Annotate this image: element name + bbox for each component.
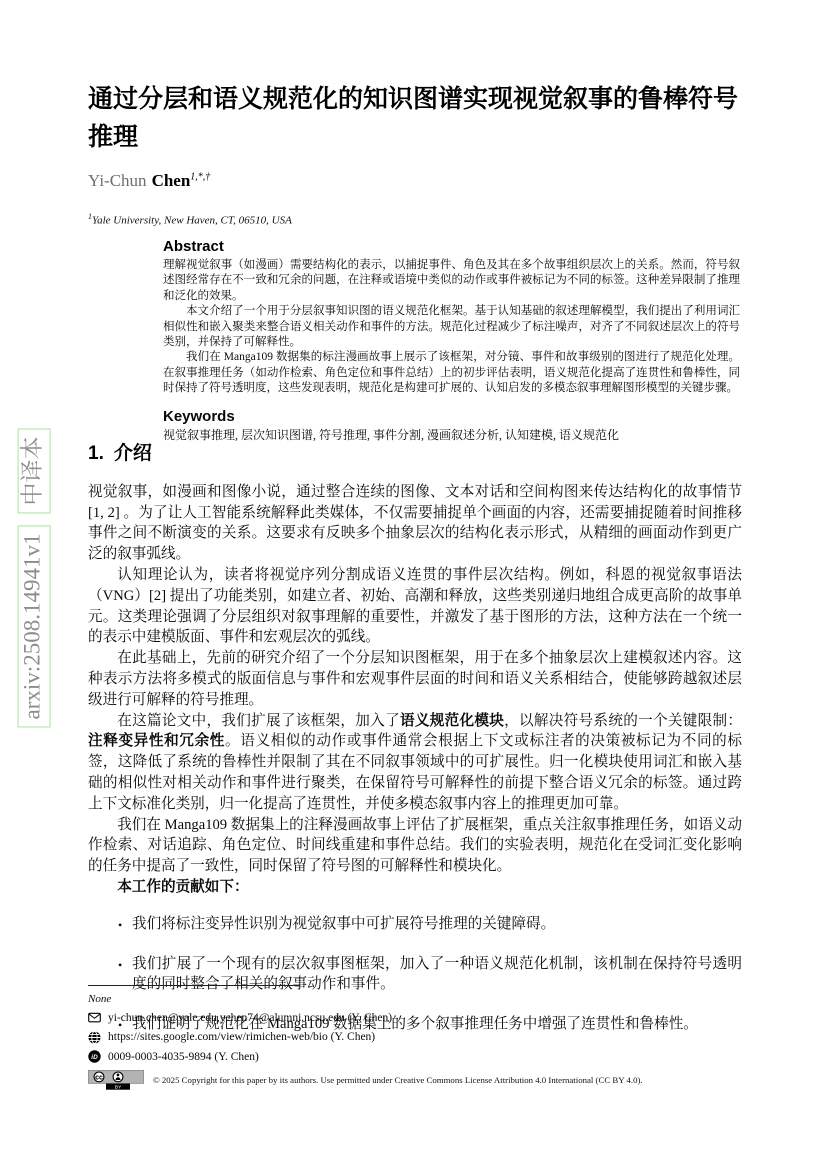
svg-text:iD: iD xyxy=(91,1054,98,1061)
abstract-heading: Abstract xyxy=(163,238,740,255)
arxiv-watermark: arxiv:2508.14941v1 中译本 xyxy=(18,429,51,728)
footnote-block: None yi-chun.chen@yale.edu,ychen74@alumn… xyxy=(88,985,742,1090)
intro-paragraph: 在此基础上，先前的研究介绍了一个分层知识图框架，用于在多个抽象层次上建模叙述内容… xyxy=(88,648,742,710)
website-text: https://sites.google.com/view/rimichen-w… xyxy=(108,1031,375,1043)
keywords-heading: Keywords xyxy=(163,408,740,425)
author-line: Yi-ChunChen1,*,† xyxy=(88,171,742,191)
paper-title: 通过分层和语义规范化的知识图谱实现视觉叙事的鲁棒符号推理 xyxy=(88,80,742,156)
arxiv-id-label: arxiv:2508.14941v1 xyxy=(18,526,51,728)
list-item: 我们将标注变异性识别为视觉叙事中可扩展符号推理的关键障碍。 xyxy=(118,914,742,935)
intro-paragraph: 在这篇论文中，我们扩展了该框架，加入了语义规范化模块，以解决符号系统的一个关键限… xyxy=(88,711,742,815)
contributions-label: 本工作的贡献如下： xyxy=(88,877,742,898)
svg-text:cc: cc xyxy=(95,1074,103,1081)
envelope-icon xyxy=(88,1011,101,1024)
intro-paragraph: 认知理论认为，读者将视觉序列分割成语义连贯的事件层次结构。例如，科恩的视觉叙事语… xyxy=(88,565,742,648)
orcid-icon: iD xyxy=(88,1050,101,1063)
license-row: cc BY © 2025 Copyright for this paper by… xyxy=(88,1070,742,1090)
section-heading: 1.介绍 xyxy=(88,444,742,465)
email-line[interactable]: yi-chun.chen@yale.edu,ychen74@alumni.ncs… xyxy=(88,1011,742,1024)
abstract-paragraph: 我们在 Manga109 数据集的标注漫画故事上展示了该框架，对分镜、事件和故事… xyxy=(163,350,740,396)
abstract-paragraph: 本文介绍了一个用于分层叙事知识图的语义规范化框架。基于认知基础的叙述理解模型，我… xyxy=(163,304,740,350)
section-title: 介绍 xyxy=(114,443,152,464)
affiliation-text: Yale University, New Haven, CT, 06510, U… xyxy=(92,215,292,227)
intro-paragraph: 视觉叙事，如漫画和图像小说，通过整合连续的图像、文本对话和空间构图来传达结构化的… xyxy=(88,482,742,565)
orcid-line[interactable]: iD 0009-0003-4035-9894 (Y. Chen) xyxy=(88,1050,742,1063)
svg-text:BY: BY xyxy=(115,1084,122,1090)
paper-page: arxiv:2508.14941v1 中译本 通过分层和语义规范化的知识图谱实现… xyxy=(0,0,826,1169)
paper-header: 通过分层和语义规范化的知识图谱实现视觉叙事的鲁棒符号推理 Yi-ChunChen… xyxy=(88,80,742,227)
keywords-text: 视觉叙事推理, 层次知识图谱, 符号推理, 事件分割, 漫画叙述分析, 认知建模… xyxy=(163,428,740,443)
introduction-section: 1.介绍 视觉叙事，如漫画和图像小说，通过整合连续的图像、文本对话和空间构图来传… xyxy=(88,444,742,1054)
author-affiliation-marks: 1,*,† xyxy=(190,171,210,182)
footnote-rule xyxy=(88,985,300,986)
abstract-paragraph: 理解视觉叙事（如漫画）需要结构化的表示，以捕捉事件、角色及其在多个故事组织层次上… xyxy=(163,258,740,304)
email-text: yi-chun.chen@yale.edu,ychen74@alumni.ncs… xyxy=(108,1012,392,1024)
affiliation: 1Yale University, New Haven, CT, 06510, … xyxy=(88,212,742,227)
website-line[interactable]: https://sites.google.com/view/rimichen-w… xyxy=(88,1031,742,1044)
globe-icon xyxy=(88,1031,101,1044)
author-given-name: Yi-Chun xyxy=(88,171,147,190)
author-family-name: Chen xyxy=(152,171,191,190)
license-text: © 2025 Copyright for this paper by its a… xyxy=(153,1070,643,1086)
section-number: 1. xyxy=(88,443,104,464)
translation-label: 中译本 xyxy=(18,429,51,514)
abstract-section: Abstract 理解视觉叙事（如漫画）需要结构化的表示，以捕捉事件、角色及其在… xyxy=(163,238,740,443)
orcid-text: 0009-0003-4035-9894 (Y. Chen) xyxy=(108,1051,259,1063)
intro-paragraph: 我们在 Manga109 数据集上的注释漫画故事上评估了扩展框架，重点关注叙事推… xyxy=(88,815,742,877)
cc-by-badge-icon: cc BY xyxy=(88,1070,144,1090)
footnote-note: None xyxy=(88,993,742,1005)
